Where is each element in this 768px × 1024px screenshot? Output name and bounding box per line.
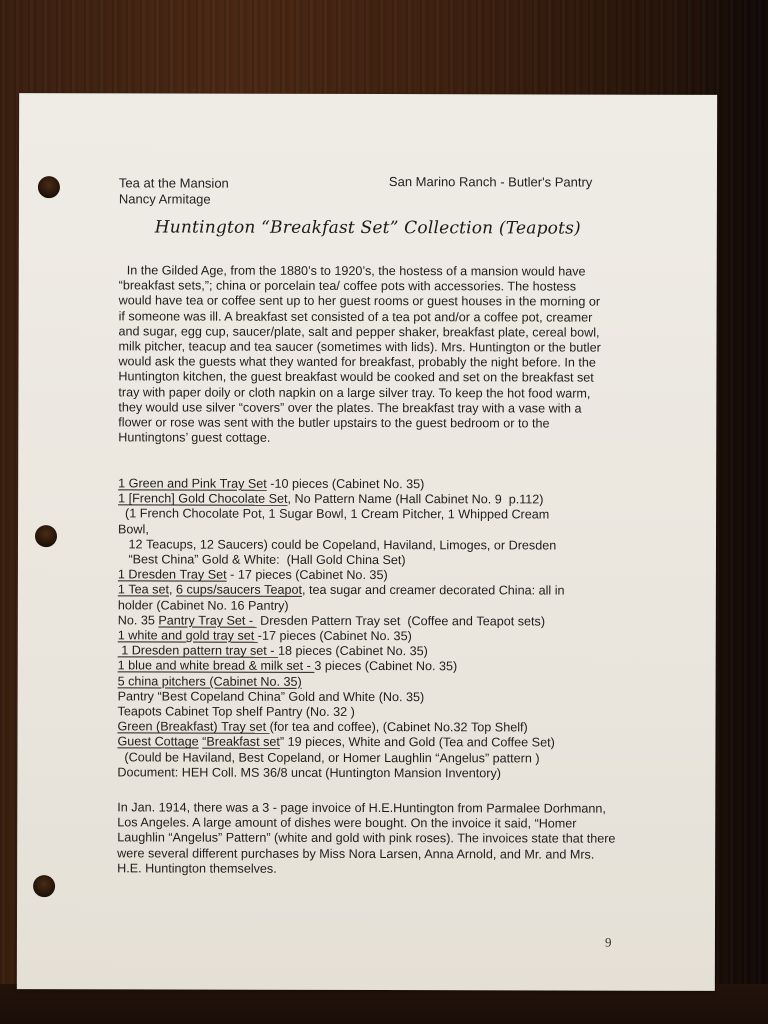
- inventory-item-detail: Bowl,: [118, 522, 149, 536]
- inventory-line: 1 Green and Pink Tray Set -10 pieces (Ca…: [118, 476, 604, 492]
- inventory-item-detail: , No Pattern Name (Hall Cabinet No. 9 p.…: [288, 492, 544, 507]
- inventory-item-detail: ” 19 pieces, White and Gold (Tea and Cof…: [280, 735, 555, 750]
- inventory-item-detail: Document: HEH Coll. MS 36/8 uncat (Hunti…: [117, 765, 501, 780]
- inventory-item-name: 1 blue and white bread & milk set -: [118, 659, 315, 674]
- inventory-list: 1 Green and Pink Tray Set -10 pieces (Ca…: [117, 476, 604, 781]
- inventory-line: No. 35 Pantry Tray Set - Dresden Pattern…: [118, 613, 604, 629]
- inventory-item-detail: 12 Teacups, 12 Saucers) could be Copelan…: [118, 537, 556, 552]
- page-number: 9: [605, 935, 612, 951]
- inventory-line: 1 blue and white bread & milk set - 3 pi…: [118, 659, 604, 675]
- punch-hole-middle: [35, 525, 57, 547]
- inventory-item-name: 1 Dresden Tray Set: [118, 568, 227, 582]
- inventory-line: Bowl,: [118, 522, 604, 538]
- inventory-line: 1 Tea set, 6 cups/saucers Teapot, tea su…: [118, 583, 604, 599]
- inventory-line: holder (Cabinet No. 16 Pantry): [118, 598, 604, 614]
- inventory-item-detail: holder (Cabinet No. 16 Pantry): [118, 598, 289, 612]
- inventory-item-name: 6 cups/saucers Teapot: [176, 583, 302, 597]
- header-location: San Marino Ranch - Butler's Pantry: [389, 174, 592, 191]
- inventory-item-detail: -10 pieces (Cabinet No. 35): [267, 477, 425, 491]
- inventory-item-name: Green (Breakfast) Tray set: [117, 720, 269, 734]
- punch-hole-top: [38, 176, 60, 198]
- inventory-line: 1 white and gold tray set -17 pieces (Ca…: [118, 628, 604, 644]
- inventory-item-name: 5 china pitchers (Cabinet No. 35): [118, 674, 302, 688]
- inventory-line: 5 china pitchers (Cabinet No. 35): [118, 674, 604, 690]
- header-author: Nancy Armitage: [119, 191, 229, 207]
- inventory-line: Green (Breakfast) Tray set (for tea and …: [117, 720, 603, 736]
- inventory-item-name: Guest Cottage: [117, 735, 198, 749]
- inventory-item-name: 1 Tea set: [118, 583, 169, 597]
- inventory-line: Pantry “Best Copeland China” Gold and Wh…: [118, 689, 604, 705]
- inventory-item-detail: Dresden Pattern Tray set (Coffee and Tea…: [257, 614, 545, 629]
- inventory-item-detail: (for tea and coffee), (Cabinet No.32 Top…: [270, 720, 528, 735]
- inventory-line: Document: HEH Coll. MS 36/8 uncat (Hunti…: [117, 765, 603, 781]
- inventory-item-detail: “Best China” Gold & White: (Hall Gold Ch…: [118, 552, 406, 567]
- inventory-line: Guest Cottage “Breakfast set” 19 pieces,…: [117, 735, 603, 751]
- inventory-line: (1 French Chocolate Pot, 1 Sugar Bowl, 1…: [118, 507, 604, 523]
- inventory-line: (Could be Haviland, Best Copeland, or Ho…: [117, 750, 603, 766]
- inventory-item-detail: Teapots Cabinet Top shelf Pantry (No. 32…: [118, 704, 355, 719]
- inventory-item-detail: -17 pieces (Cabinet No. 35): [258, 629, 412, 643]
- inventory-item-detail: (Could be Haviland, Best Copeland, or Ho…: [117, 750, 539, 765]
- document-title: Huntington “Breakfast Set” Collection (T…: [19, 217, 717, 239]
- inventory-line: Teapots Cabinet Top shelf Pantry (No. 32…: [118, 704, 604, 720]
- invoice-paragraph: In Jan. 1914, there was a 3 - page invoi…: [117, 800, 617, 877]
- intro-paragraph: In the Gilded Age, from the 1880’s to 19…: [118, 263, 604, 447]
- header-left: Tea at the Mansion Nancy Armitage: [119, 175, 229, 207]
- inventory-line: 12 Teacups, 12 Saucers) could be Copelan…: [118, 537, 604, 553]
- document-page: Tea at the Mansion Nancy Armitage San Ma…: [17, 93, 717, 991]
- inventory-item-name: Pantry Tray Set -: [158, 613, 256, 627]
- inventory-item-name: 1 Green and Pink Tray Set: [118, 476, 267, 490]
- inventory-line: 1 [French] Gold Chocolate Set, No Patter…: [118, 492, 604, 508]
- inventory-item-detail: - 17 pieces (Cabinet No. 35): [227, 568, 388, 582]
- inventory-item-name: 1 white and gold tray set: [118, 628, 258, 642]
- inventory-item-detail: (1 French Chocolate Pot, 1 Sugar Bowl, 1…: [118, 507, 549, 522]
- inventory-item-detail: 3 pieces (Cabinet No. 35): [314, 659, 457, 673]
- inventory-item-detail: , tea sugar and creamer decorated China:…: [302, 583, 565, 598]
- header-series-title: Tea at the Mansion: [119, 175, 229, 191]
- punch-hole-bottom: [33, 875, 55, 897]
- inventory-line: 1 Dresden pattern tray set - 18 pieces (…: [118, 644, 604, 660]
- inventory-item-detail: 18 pieces (Cabinet No. 35): [278, 644, 428, 658]
- inventory-item-name: “Breakfast set: [202, 735, 280, 749]
- inventory-item-detail: Pantry “Best Copeland China” Gold and Wh…: [118, 689, 425, 704]
- inventory-line: 1 Dresden Tray Set - 17 pieces (Cabinet …: [118, 568, 604, 584]
- inventory-item-detail: No. 35: [118, 613, 159, 627]
- inventory-item-name: 1 [French] Gold Chocolate Set: [118, 492, 287, 506]
- inventory-line: “Best China” Gold & White: (Hall Gold Ch…: [118, 552, 604, 568]
- inventory-item-name: 1 Dresden pattern tray set -: [118, 644, 278, 658]
